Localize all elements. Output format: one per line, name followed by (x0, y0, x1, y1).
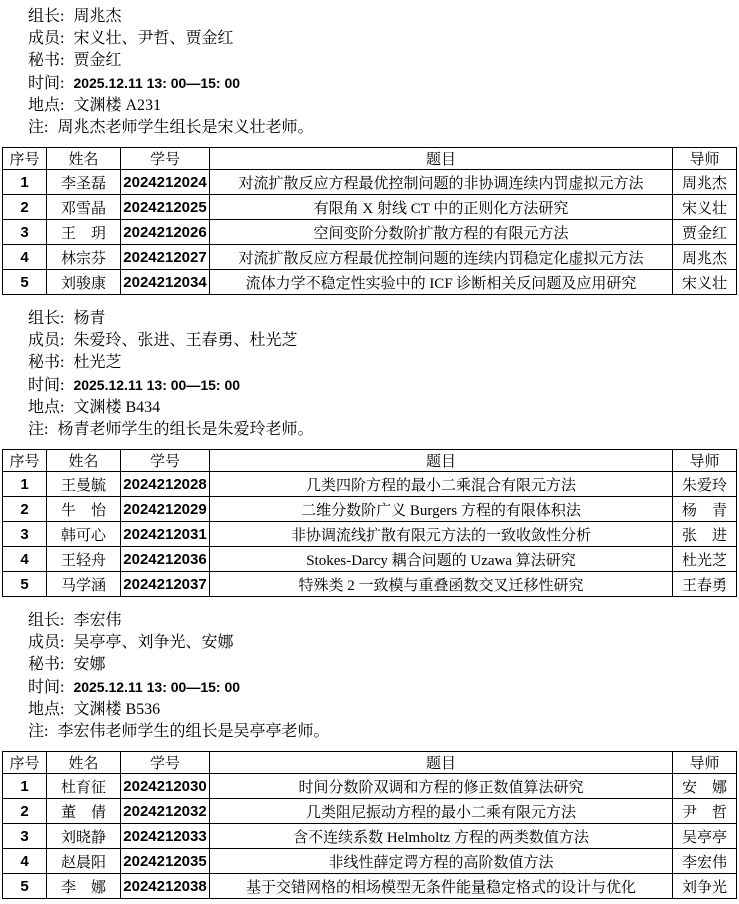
info-line-note: 注: 周兆杰老师学生组长是宋义壮老师。 (28, 117, 739, 139)
info-line-time: 时间: 2025.12.11 13: 00—15: 00 (28, 676, 739, 699)
location-label: 地点: (28, 699, 64, 721)
table-row: 3 王 玥 2024212026 空间变阶分数阶扩散方程的有限元方法 贾金红 (3, 220, 737, 245)
header-student-id: 学号 (121, 148, 210, 170)
cell-name: 邓雪晶 (47, 195, 121, 220)
time-label: 时间: (28, 73, 64, 95)
cell-name: 赵晨阳 (47, 849, 121, 874)
table-row: 3 刘晓静 2024212033 含不连续系数 Helmholtz 方程的两类数… (3, 824, 737, 849)
time-label: 时间: (28, 375, 64, 397)
members-value: 宋义壮、尹哲、贾金红 (73, 28, 233, 50)
group-section-3: 组长: 李宏伟 成员: 吴亭亭、刘争光、安娜 秘书: 安娜 时间: 2025.1… (0, 610, 739, 899)
cell-advisor: 朱爱玲 (673, 472, 737, 497)
members-value: 朱爱玲、张进、王春勇、杜光芝 (73, 330, 297, 352)
header-title: 题目 (210, 752, 673, 774)
header-student-id: 学号 (121, 450, 210, 472)
cell-title: 对流扩散反应方程最优控制问题的连续内罚稳定化虚拟元方法 (210, 245, 673, 270)
table-row: 3 韩可心 2024212031 非协调流线扩散有限元方法的一致收敛性分析 张 … (3, 522, 737, 547)
group-info-block: 组长: 周兆杰 成员: 宋义壮、尹哲、贾金红 秘书: 贾金红 时间: 2025.… (28, 6, 739, 139)
cell-student-id: 2024212031 (121, 522, 210, 547)
time-value: 2025.12.11 13: 00—15: 00 (73, 374, 240, 396)
table-row: 1 王曼毓 2024212028 几类四阶方程的最小二乘混合有限元方法 朱爱玲 (3, 472, 737, 497)
cell-title: 流体力学不稳定性实验中的 ICF 诊断相关反问题及应用研究 (210, 270, 673, 295)
cell-name: 韩可心 (47, 522, 121, 547)
cell-advisor: 李宏伟 (673, 849, 737, 874)
info-line-note: 注: 杨青老师学生的组长是朱爱玲老师。 (28, 419, 739, 441)
cell-index: 4 (3, 849, 47, 874)
note-value: 周兆杰老师学生组长是宋义壮老师。 (57, 117, 313, 139)
cell-index: 3 (3, 522, 47, 547)
table-row: 5 马学涵 2024212037 特殊类 2 一致模与重叠函数交叉迁移性研究 王… (3, 572, 737, 597)
cell-index: 2 (3, 497, 47, 522)
table-row: 2 邓雪晶 2024212025 有限角 X 射线 CT 中的正则化方法研究 宋… (3, 195, 737, 220)
cell-index: 4 (3, 547, 47, 572)
header-advisor: 导师 (673, 148, 737, 170)
location-label: 地点: (28, 397, 64, 419)
table-header-row: 序号 姓名 学号 题目 导师 (3, 450, 737, 472)
leader-value: 杨青 (73, 308, 105, 330)
cell-advisor: 尹 哲 (673, 799, 737, 824)
table-header-row: 序号 姓名 学号 题目 导师 (3, 752, 737, 774)
cell-advisor: 张 进 (673, 522, 737, 547)
header-index: 序号 (3, 450, 47, 472)
cell-name: 林宗芬 (47, 245, 121, 270)
cell-title: 几类阻尼振动方程的最小二乘有限元方法 (210, 799, 673, 824)
info-line-secretary: 秘书: 贾金红 (28, 50, 739, 72)
secretary-label: 秘书: (28, 654, 64, 676)
info-line-secretary: 秘书: 安娜 (28, 654, 739, 676)
leader-value: 李宏伟 (73, 610, 121, 632)
info-line-members: 成员: 朱爱玲、张进、王春勇、杜光芝 (28, 330, 739, 352)
cell-name: 牛 怡 (47, 497, 121, 522)
cell-student-id: 2024212030 (121, 774, 210, 799)
info-line-location: 地点: 文渊楼 B536 (28, 699, 739, 721)
time-value: 2025.12.11 13: 00—15: 00 (73, 72, 240, 94)
header-name: 姓名 (47, 752, 121, 774)
cell-student-id: 2024212037 (121, 572, 210, 597)
cell-title: 二维分数阶广义 Burgers 方程的有限体积法 (210, 497, 673, 522)
cell-name: 王 玥 (47, 220, 121, 245)
location-value: 文渊楼 A231 (73, 95, 161, 117)
cell-index: 5 (3, 874, 47, 899)
cell-title: 时间分数阶双调和方程的修正数值算法研究 (210, 774, 673, 799)
group-section-2: 组长: 杨青 成员: 朱爱玲、张进、王春勇、杜光芝 秘书: 杜光芝 时间: 20… (0, 308, 739, 597)
cell-index: 1 (3, 170, 47, 195)
info-line-location: 地点: 文渊楼 A231 (28, 95, 739, 117)
table-row: 1 杜育征 2024212030 时间分数阶双调和方程的修正数值算法研究 安 娜 (3, 774, 737, 799)
table-header-row: 序号 姓名 学号 题目 导师 (3, 148, 737, 170)
cell-advisor: 王春勇 (673, 572, 737, 597)
cell-advisor: 杨 青 (673, 497, 737, 522)
cell-title: 基于交错网格的相场模型无条件能量稳定格式的设计与优化 (210, 874, 673, 899)
info-line-note: 注: 李宏伟老师学生的组长是吴亭亭老师。 (28, 721, 739, 743)
info-line-members: 成员: 宋义壮、尹哲、贾金红 (28, 28, 739, 50)
cell-index: 1 (3, 472, 47, 497)
cell-student-id: 2024212027 (121, 245, 210, 270)
cell-index: 1 (3, 774, 47, 799)
cell-student-id: 2024212028 (121, 472, 210, 497)
cell-student-id: 2024212025 (121, 195, 210, 220)
note-label: 注: (28, 117, 48, 139)
note-label: 注: (28, 419, 48, 441)
header-index: 序号 (3, 148, 47, 170)
cell-title: 空间变阶分数阶扩散方程的有限元方法 (210, 220, 673, 245)
note-value: 李宏伟老师学生的组长是吴亭亭老师。 (57, 721, 329, 743)
cell-index: 4 (3, 245, 47, 270)
cell-title: 含不连续系数 Helmholtz 方程的两类数值方法 (210, 824, 673, 849)
cell-student-id: 2024212024 (121, 170, 210, 195)
cell-index: 2 (3, 195, 47, 220)
cell-index: 3 (3, 220, 47, 245)
table-row: 1 李圣磊 2024212024 对流扩散反应方程最优控制问题的非协调连续内罚虚… (3, 170, 737, 195)
cell-name: 董 倩 (47, 799, 121, 824)
cell-name: 刘晓静 (47, 824, 121, 849)
header-index: 序号 (3, 752, 47, 774)
time-value: 2025.12.11 13: 00—15: 00 (73, 676, 240, 698)
info-line-leader: 组长: 李宏伟 (28, 610, 739, 632)
cell-advisor: 周兆杰 (673, 170, 737, 195)
note-label: 注: (28, 721, 48, 743)
cell-title: 特殊类 2 一致模与重叠函数交叉迁移性研究 (210, 572, 673, 597)
cell-advisor: 宋义壮 (673, 195, 737, 220)
cell-advisor: 刘争光 (673, 874, 737, 899)
header-advisor: 导师 (673, 450, 737, 472)
members-label: 成员: (28, 632, 64, 654)
cell-advisor: 周兆杰 (673, 245, 737, 270)
info-line-secretary: 秘书: 杜光芝 (28, 352, 739, 374)
table-row: 4 王轻舟 2024212036 Stokes-Darcy 耦合问题的 Uzaw… (3, 547, 737, 572)
cell-name: 杜育征 (47, 774, 121, 799)
cell-title: 对流扩散反应方程最优控制问题的非协调连续内罚虚拟元方法 (210, 170, 673, 195)
cell-title: 非线性薛定谔方程的高阶数值方法 (210, 849, 673, 874)
cell-student-id: 2024212038 (121, 874, 210, 899)
info-line-leader: 组长: 杨青 (28, 308, 739, 330)
secretary-value: 杜光芝 (73, 352, 121, 374)
cell-student-id: 2024212029 (121, 497, 210, 522)
header-student-id: 学号 (121, 752, 210, 774)
members-label: 成员: (28, 330, 64, 352)
secretary-value: 贾金红 (73, 50, 121, 72)
table-row: 4 赵晨阳 2024212035 非线性薛定谔方程的高阶数值方法 李宏伟 (3, 849, 737, 874)
info-line-members: 成员: 吴亭亭、刘争光、安娜 (28, 632, 739, 654)
cell-title: 有限角 X 射线 CT 中的正则化方法研究 (210, 195, 673, 220)
leader-label: 组长: (28, 308, 64, 330)
info-line-leader: 组长: 周兆杰 (28, 6, 739, 28)
table-row: 5 李 娜 2024212038 基于交错网格的相场模型无条件能量稳定格式的设计… (3, 874, 737, 899)
cell-name: 王曼毓 (47, 472, 121, 497)
cell-advisor: 吴亭亭 (673, 824, 737, 849)
leader-value: 周兆杰 (73, 6, 121, 28)
cell-index: 5 (3, 572, 47, 597)
table-row: 5 刘骏康 2024212034 流体力学不稳定性实验中的 ICF 诊断相关反问… (3, 270, 737, 295)
cell-advisor: 安 娜 (673, 774, 737, 799)
cell-advisor: 贾金红 (673, 220, 737, 245)
location-value: 文渊楼 B536 (73, 699, 160, 721)
group-section-1: 组长: 周兆杰 成员: 宋义壮、尹哲、贾金红 秘书: 贾金红 时间: 2025.… (0, 6, 739, 295)
schedule-table-1: 序号 姓名 学号 题目 导师 1 李圣磊 2024212024 对流扩散反应方程… (2, 147, 737, 295)
cell-student-id: 2024212032 (121, 799, 210, 824)
leader-label: 组长: (28, 6, 64, 28)
header-title: 题目 (210, 450, 673, 472)
group-info-block: 组长: 李宏伟 成员: 吴亭亭、刘争光、安娜 秘书: 安娜 时间: 2025.1… (28, 610, 739, 743)
location-label: 地点: (28, 95, 64, 117)
cell-title: 几类四阶方程的最小二乘混合有限元方法 (210, 472, 673, 497)
cell-student-id: 2024212034 (121, 270, 210, 295)
location-value: 文渊楼 B434 (73, 397, 160, 419)
group-info-block: 组长: 杨青 成员: 朱爱玲、张进、王春勇、杜光芝 秘书: 杜光芝 时间: 20… (28, 308, 739, 441)
header-title: 题目 (210, 148, 673, 170)
header-advisor: 导师 (673, 752, 737, 774)
info-line-time: 时间: 2025.12.11 13: 00—15: 00 (28, 72, 739, 95)
secretary-value: 安娜 (73, 654, 105, 676)
cell-advisor: 杜光芝 (673, 547, 737, 572)
secretary-label: 秘书: (28, 352, 64, 374)
cell-student-id: 2024212036 (121, 547, 210, 572)
cell-student-id: 2024212026 (121, 220, 210, 245)
cell-name: 马学涵 (47, 572, 121, 597)
time-label: 时间: (28, 677, 64, 699)
cell-index: 2 (3, 799, 47, 824)
schedule-table-3: 序号 姓名 学号 题目 导师 1 杜育征 2024212030 时间分数阶双调和… (2, 751, 737, 899)
members-value: 吴亭亭、刘争光、安娜 (73, 632, 233, 654)
cell-name: 刘骏康 (47, 270, 121, 295)
cell-title: Stokes-Darcy 耦合问题的 Uzawa 算法研究 (210, 547, 673, 572)
table-row: 4 林宗芬 2024212027 对流扩散反应方程最优控制问题的连续内罚稳定化虚… (3, 245, 737, 270)
header-name: 姓名 (47, 450, 121, 472)
cell-name: 李圣磊 (47, 170, 121, 195)
cell-name: 王轻舟 (47, 547, 121, 572)
secretary-label: 秘书: (28, 50, 64, 72)
table-row: 2 牛 怡 2024212029 二维分数阶广义 Burgers 方程的有限体积… (3, 497, 737, 522)
schedule-table-2: 序号 姓名 学号 题目 导师 1 王曼毓 2024212028 几类四阶方程的最… (2, 449, 737, 597)
table-row: 2 董 倩 2024212032 几类阻尼振动方程的最小二乘有限元方法 尹 哲 (3, 799, 737, 824)
header-name: 姓名 (47, 148, 121, 170)
cell-advisor: 宋义壮 (673, 270, 737, 295)
info-line-location: 地点: 文渊楼 B434 (28, 397, 739, 419)
cell-index: 3 (3, 824, 47, 849)
cell-student-id: 2024212033 (121, 824, 210, 849)
document-page: 组长: 周兆杰 成员: 宋义壮、尹哲、贾金红 秘书: 贾金红 时间: 2025.… (0, 0, 739, 904)
cell-index: 5 (3, 270, 47, 295)
note-value: 杨青老师学生的组长是朱爱玲老师。 (57, 419, 313, 441)
cell-student-id: 2024212035 (121, 849, 210, 874)
members-label: 成员: (28, 28, 64, 50)
cell-name: 李 娜 (47, 874, 121, 899)
cell-title: 非协调流线扩散有限元方法的一致收敛性分析 (210, 522, 673, 547)
info-line-time: 时间: 2025.12.11 13: 00—15: 00 (28, 374, 739, 397)
leader-label: 组长: (28, 610, 64, 632)
